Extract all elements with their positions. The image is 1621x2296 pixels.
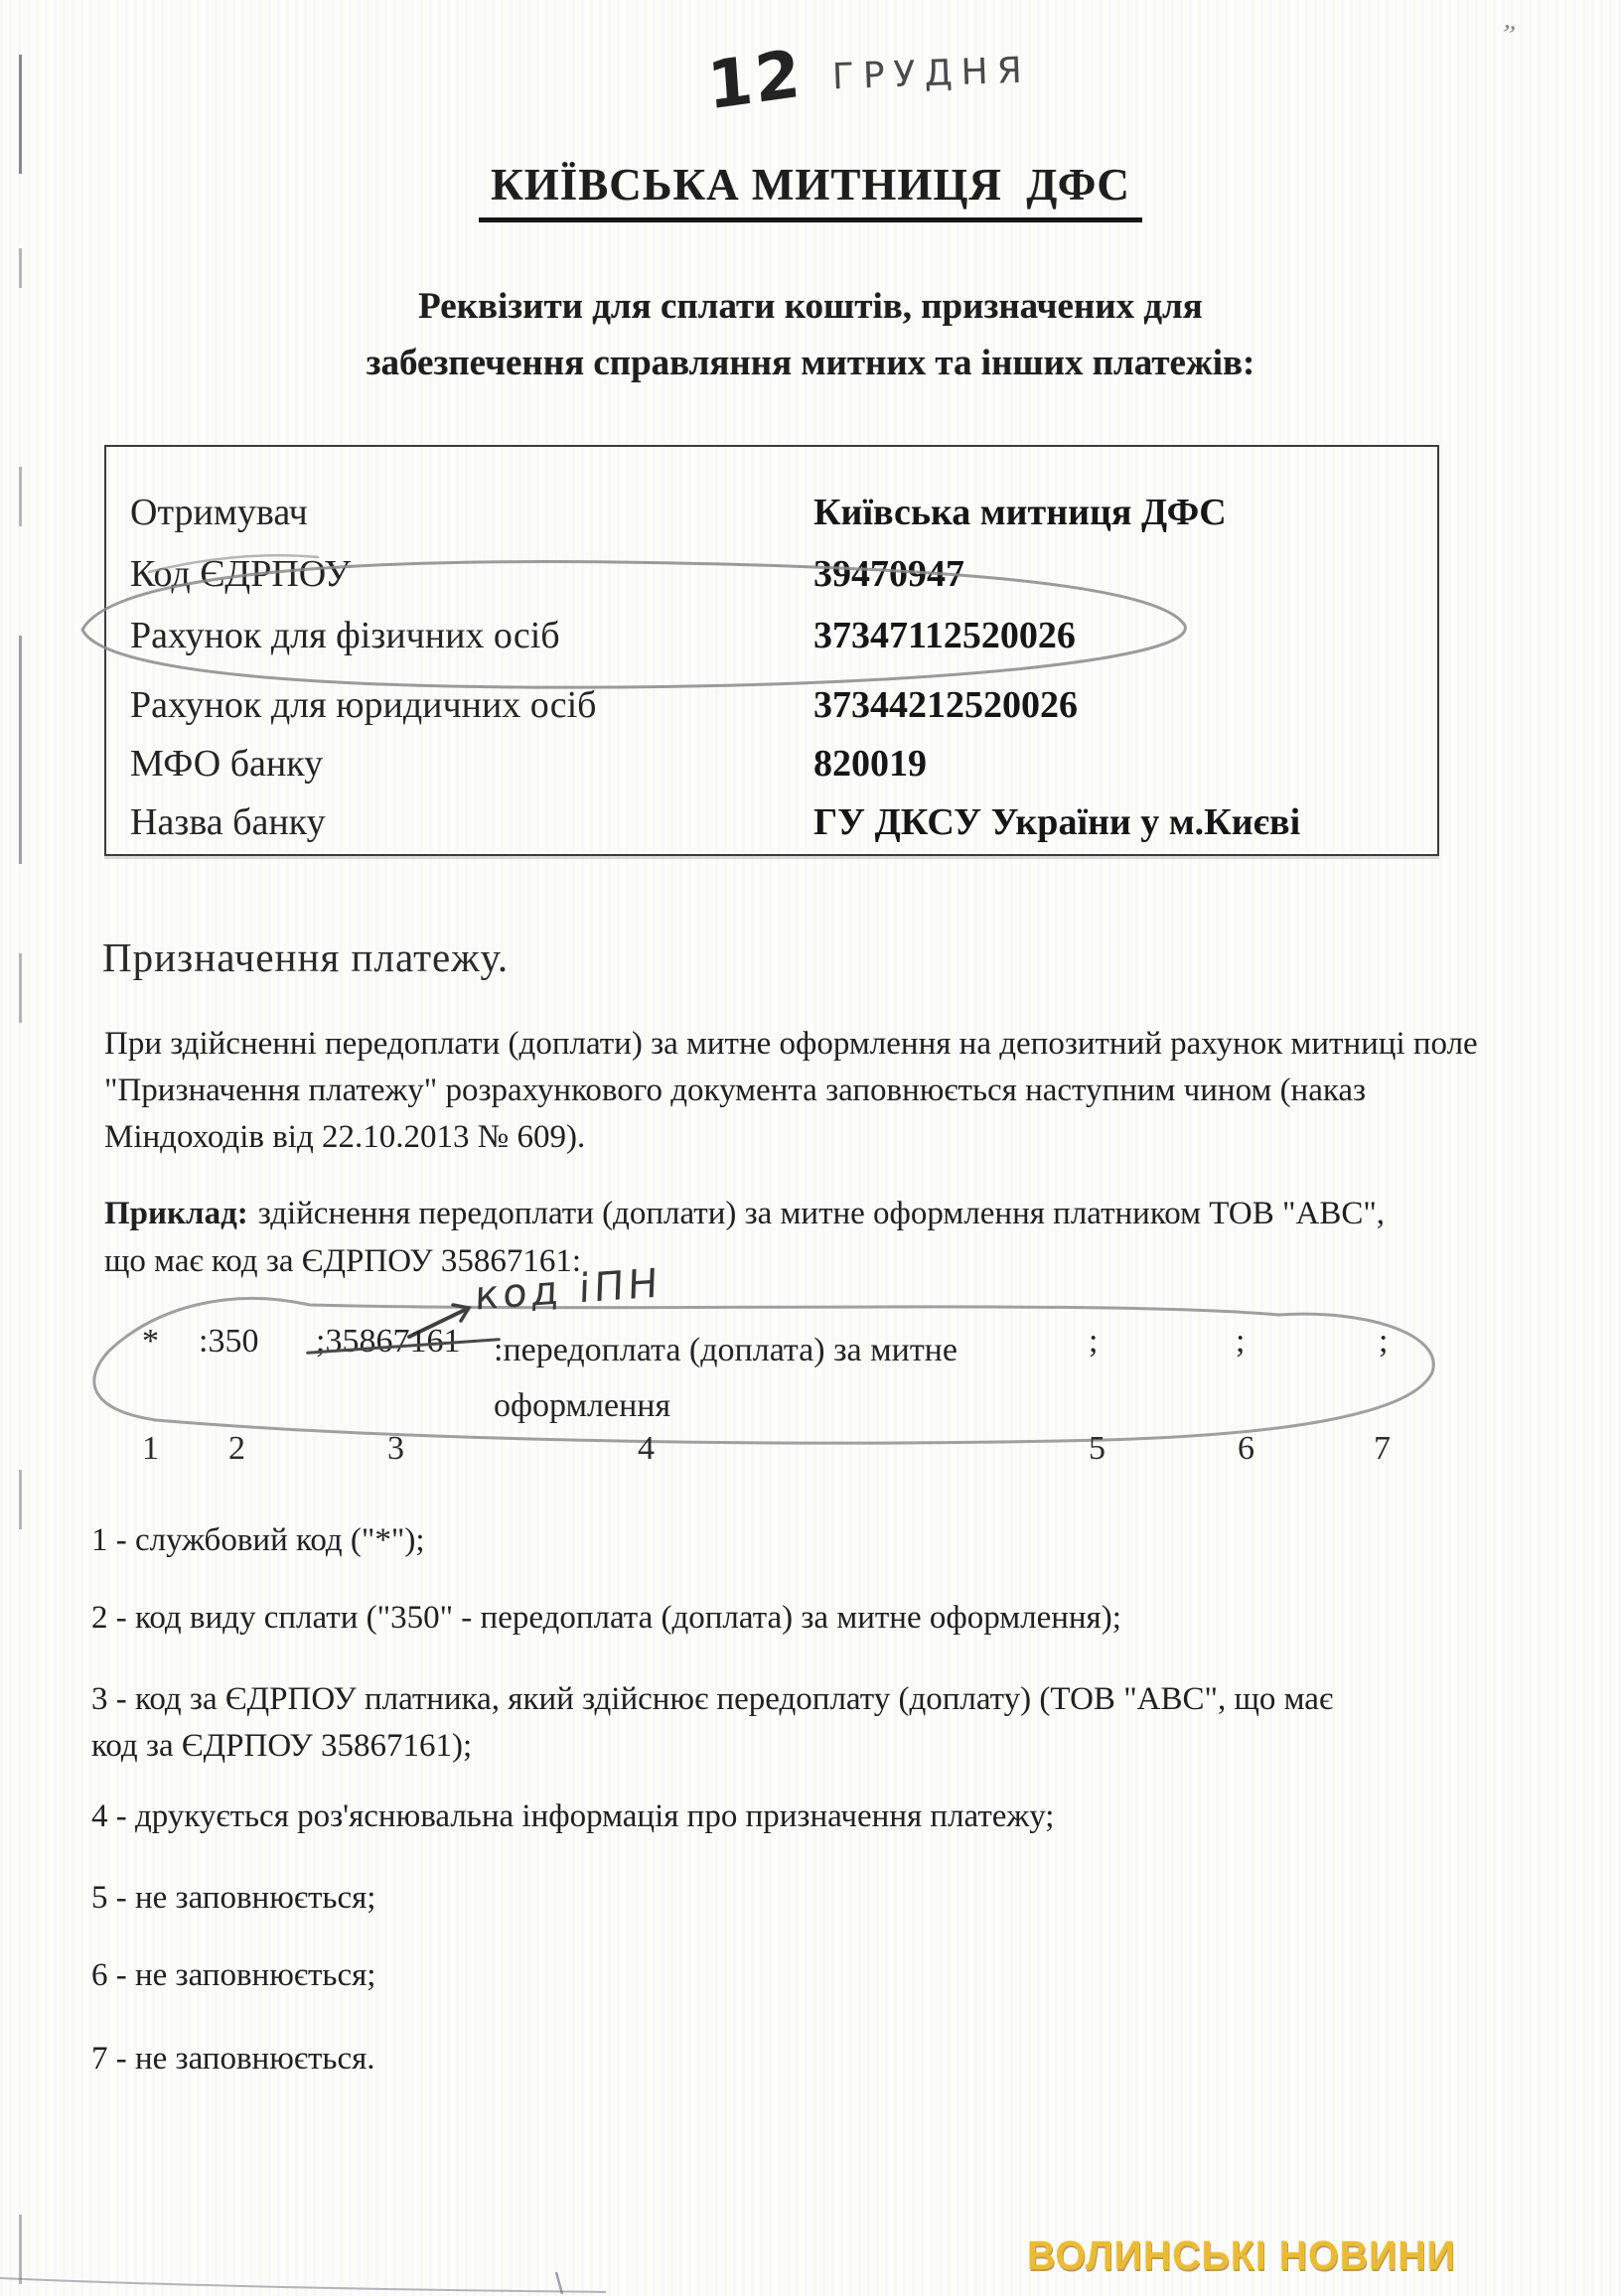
legend-item: 6 - не заповнюється; [91,1952,1542,1999]
row-value: 39470947 [813,552,964,596]
table-row: Код ЄДРПОУ 39470947 [130,552,1427,612]
handwritten-date: 12 грудня [706,37,1031,119]
field-5-value: ; [1089,1323,1098,1361]
row-label: Назва банку [130,801,326,843]
row-label: Отримувач [130,492,308,533]
field-4-value: :передоплата (доплата) за митне оформлен… [494,1323,1000,1434]
example-text: здійснення передоплати (доплати) за митн… [104,1196,1385,1279]
row-value: 37347112520026 [813,614,1076,657]
field-number: 3 [387,1430,404,1468]
field-7-value: ; [1379,1323,1388,1361]
legend-item: 4 - друкується роз'яснювальна інформація… [91,1794,1542,1840]
purpose-paragraph: При здійсненні передоплати (доплати) за … [104,1021,1503,1161]
row-label: Рахунок для юридичних осіб [130,684,597,726]
table-row: Назва банку ГУ ДКСУ України у м.Києві [130,800,1427,860]
field-number: 1 [142,1430,159,1468]
scan-artifact [19,55,22,174]
table-row: Отримувач Київська митниця ДФС [130,491,1427,550]
table-row: МФО банку 820019 [130,742,1427,801]
field-number: 2 [228,1430,245,1468]
field-number: 5 [1089,1430,1105,1468]
field-number: 7 [1374,1430,1391,1468]
row-value: Київська митниця ДФС [813,491,1227,534]
subtitle-line: забезпечення справляння митних та інших … [0,335,1621,391]
legend-item: 2 - код виду сплати ("350" - передоплата… [91,1595,1542,1642]
page-title: КИЇВСЬКА МИТНИЦЯ ДФС [479,159,1142,222]
legend-item: 5 - не заповнюється; [91,1875,1542,1922]
document-header: КИЇВСЬКА МИТНИЦЯ ДФС [0,159,1621,222]
scan-artifact [0,2270,636,2296]
handwritten-day: 12 [705,35,805,124]
row-value: 37344212520026 [813,683,1078,727]
section-heading: Призначення платежу. [102,933,509,981]
handwritten-month: грудня [831,50,1031,97]
scan-artifact [19,467,22,526]
legend-item: 1 - службовий код ("*"); [91,1517,1542,1564]
field-number: 6 [1238,1430,1254,1468]
field-6-value: ; [1236,1323,1245,1361]
field-number: 4 [638,1430,655,1468]
row-value: 820019 [813,742,927,786]
table-row-circled: Рахунок для фізичних осіб 37347112520026 [130,614,1427,673]
legend-item: 7 - не заповнюється. [91,2036,1542,2082]
example-label: Приклад: [104,1196,248,1231]
field-1-value: * [142,1323,159,1361]
table-row: Рахунок для юридичних осіб 3734421252002… [130,683,1427,743]
scan-artifact: ” [1499,19,1518,53]
row-value: ГУ ДКСУ України у м.Києві [813,800,1300,844]
watermark: ВОЛИНСЬКІ НОВИНИ [1027,2232,1456,2279]
document-subtitle: Реквізити для сплати коштів, призначених… [0,278,1621,391]
field-2-value: :350 [199,1323,258,1361]
row-label: Код ЄДРПОУ [130,553,351,595]
row-label: МФО банку [130,743,323,785]
scan-artifact [19,953,22,1023]
payment-purpose-example-row: код іПН * :350 ;35867161 :передоплата (д… [0,1271,1621,1500]
legend-item: 3 - код за ЄДРПОУ платника, який здійсню… [91,1676,1345,1770]
subtitle-line: Реквізити для сплати коштів, призначених… [0,278,1621,335]
scanned-document-page: ” 12 грудня КИЇВСЬКА МИТНИЦЯ ДФС Реквізи… [0,0,1621,2296]
scan-artifact [19,636,22,864]
row-label: Рахунок для фізичних осіб [130,615,560,656]
requisites-table: Отримувач Київська митниця ДФС Код ЄДРПО… [104,445,1439,856]
